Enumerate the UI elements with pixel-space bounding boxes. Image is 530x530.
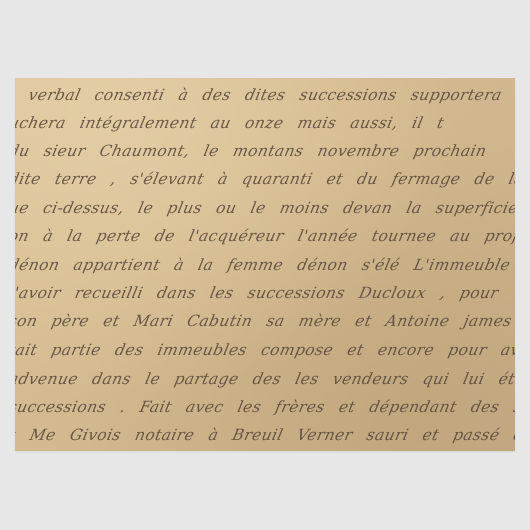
text-line: l'avoir recueilli dans les successions D… xyxy=(15,284,500,302)
text-line: son père et Mari Cabutin sa mère et Anto… xyxy=(15,312,514,330)
text-line: du sieur Chaumont, le montans novembre p… xyxy=(15,142,488,160)
text-line: dite terre , s'élevant à quaranti et du … xyxy=(15,170,515,188)
handwritten-document: l verbal consenti à des dites succession… xyxy=(15,78,515,451)
text-line: successions . Fait avec les frères et dé… xyxy=(15,398,515,416)
text-line: t Me Givois notaire à Breuil Verner saur… xyxy=(15,426,515,444)
text-line: uchera intégralement au onze mais aussi,… xyxy=(15,114,446,132)
text-line: dénon appartient à la femme dénon s'élé … xyxy=(15,256,512,274)
text-line: l verbal consenti à des dites succession… xyxy=(15,86,515,104)
text-line: on à la perte de l'acquéreur l'année tou… xyxy=(15,227,515,245)
text-line: tait partie des immeubles compose et enc… xyxy=(15,341,515,359)
text-line: ue ci-dessus, le plus ou le moins devan … xyxy=(15,199,515,217)
text-line: advenue dans le partage des les vendeurs… xyxy=(15,370,515,388)
